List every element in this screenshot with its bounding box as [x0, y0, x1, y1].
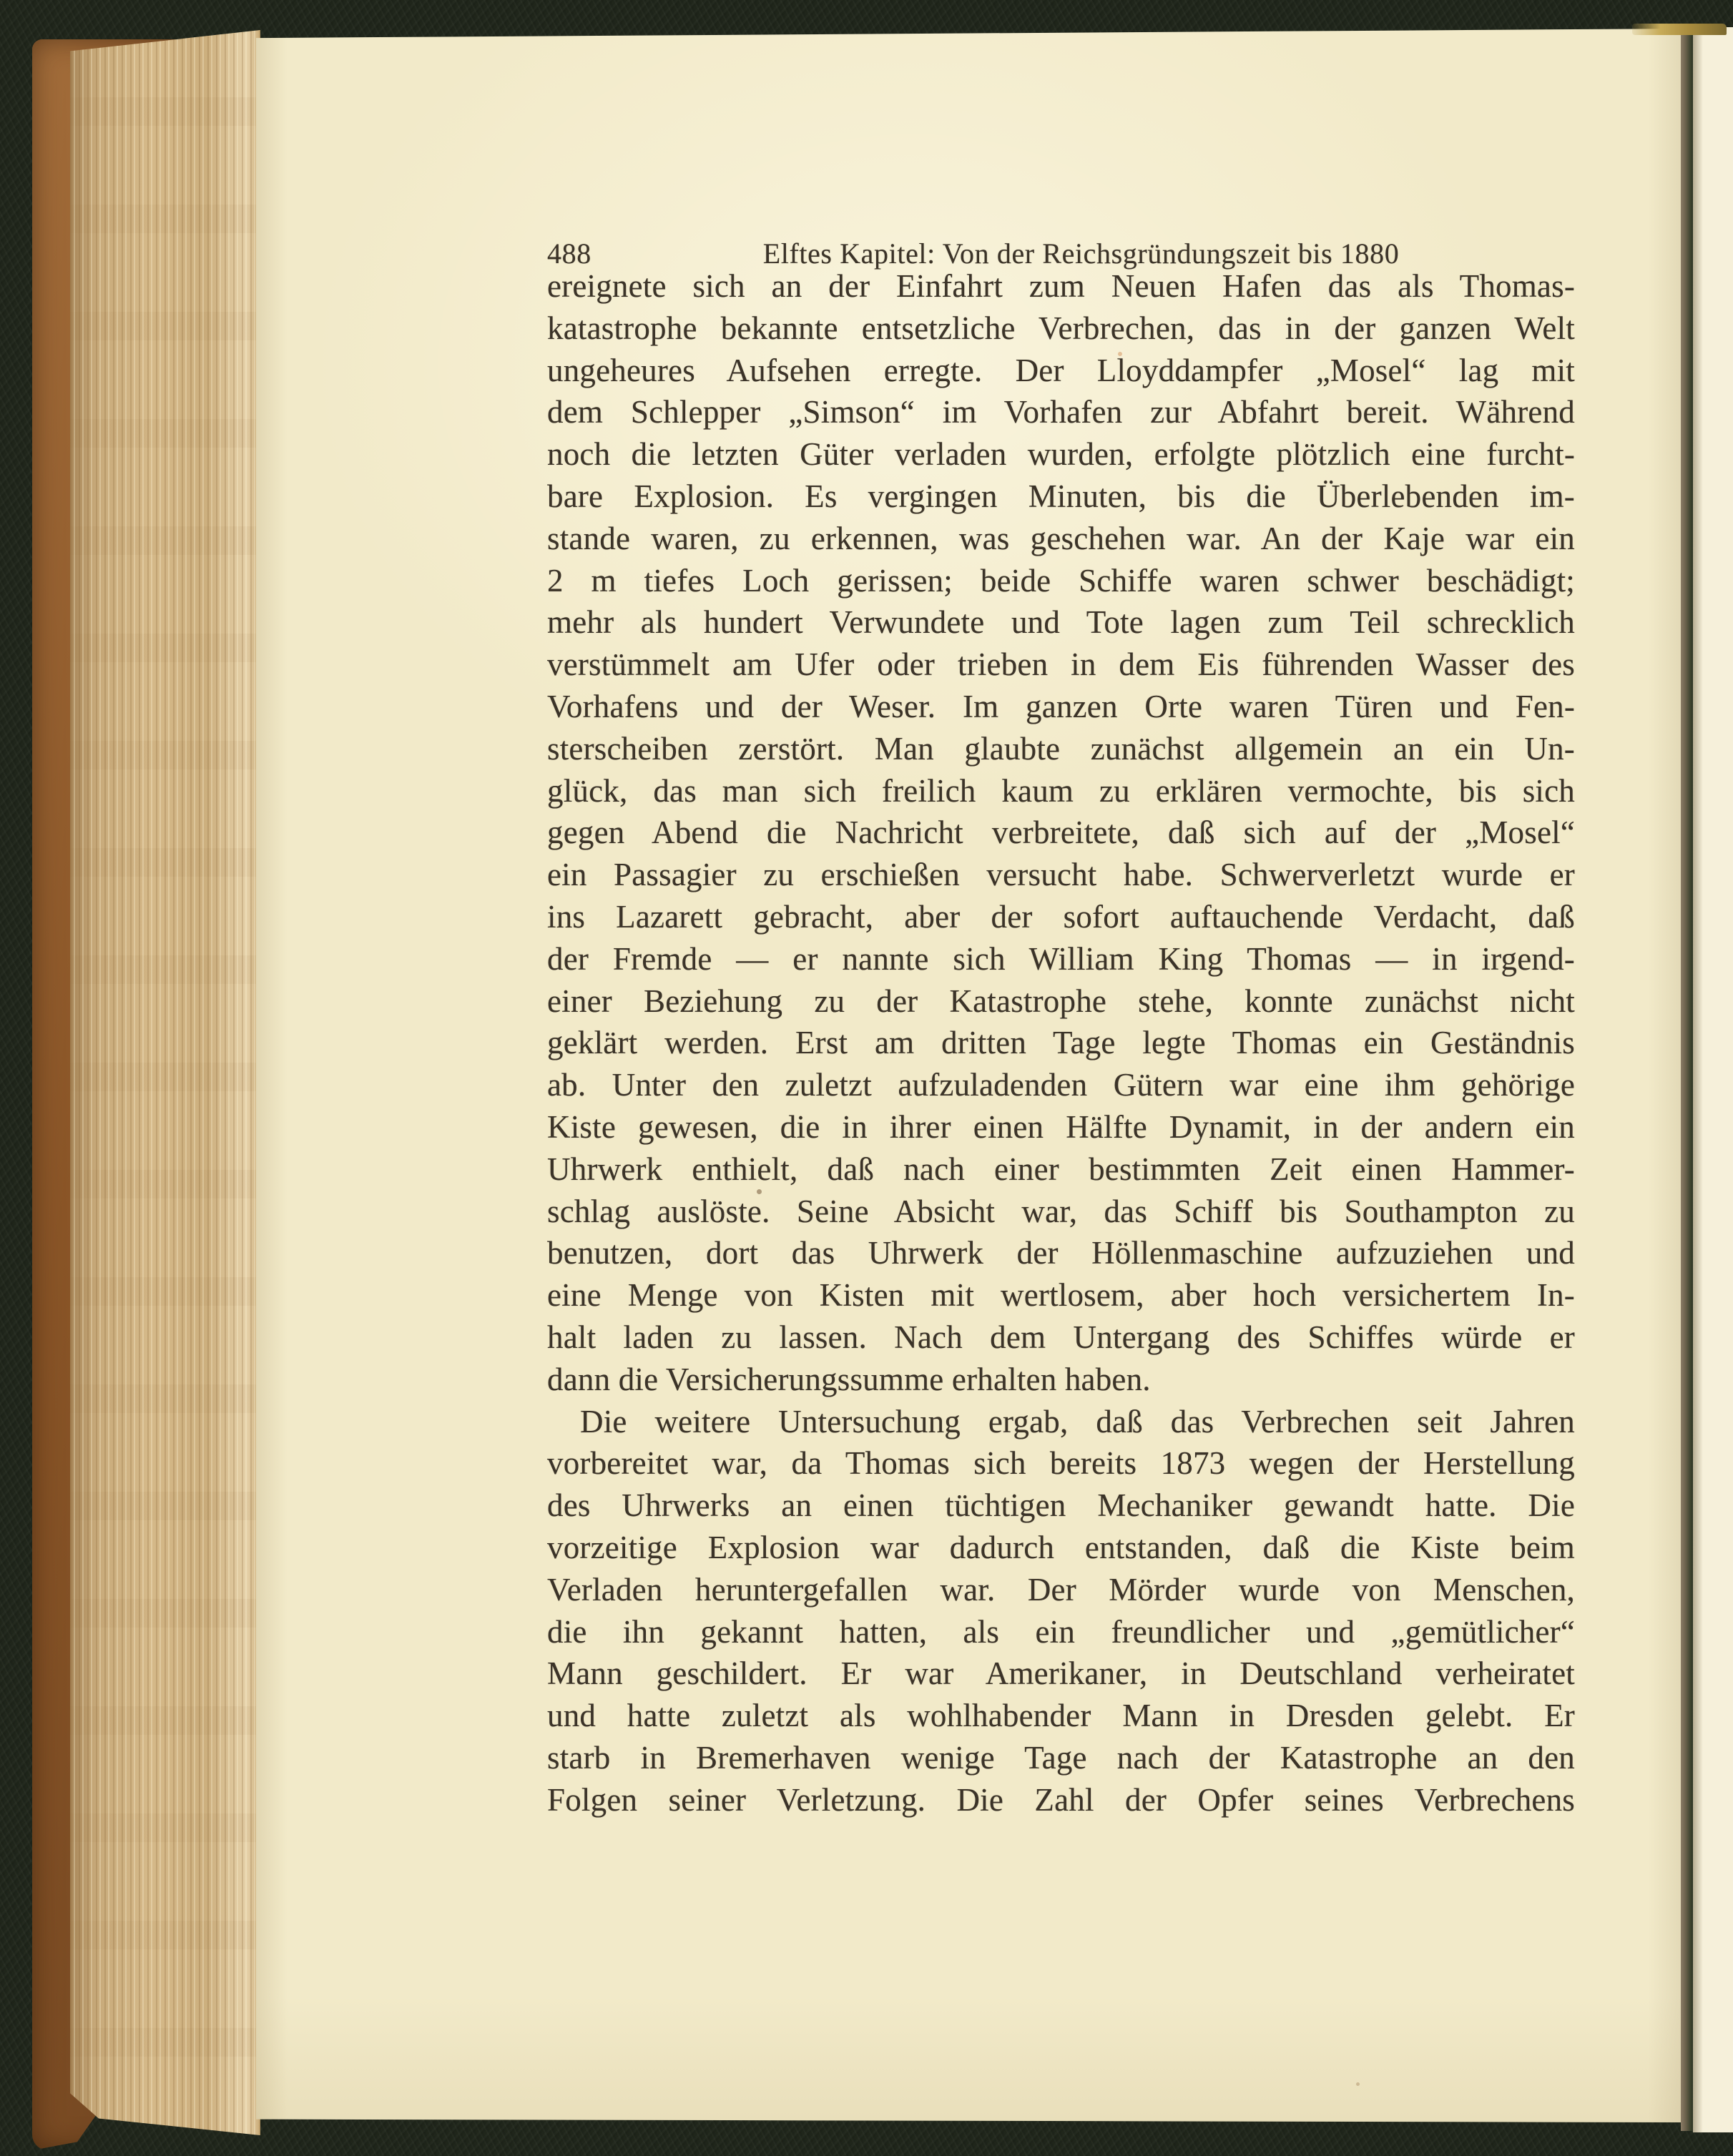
text-line: der Fremde — er nannte sich William King… [547, 938, 1575, 980]
text-line: halt laden zu lassen. Nach dem Untergang… [547, 1316, 1575, 1359]
paper-speck [1356, 2082, 1360, 2086]
text-line: mehr als hundert Verwundete und Tote lag… [547, 601, 1575, 644]
text-line-paragraph-start: Die weitere Untersuchung ergab, daß das … [547, 1401, 1575, 1443]
text-line: Vorhafens und der Weser. Im ganzen Orte … [547, 686, 1575, 728]
text-line: sterscheiben zerstört. Man glaubte zunäc… [547, 728, 1575, 770]
text-line: starb in Bremerhaven wenige Tage nach de… [547, 1737, 1575, 1779]
text-line: ungeheures Aufsehen erregte. Der Lloydda… [547, 350, 1575, 392]
text-line: katastrophe bekannte entsetzliche Verbre… [547, 307, 1575, 350]
text-line: Folgen seiner Verletzung. Die Zahl der O… [547, 1779, 1575, 1821]
paper-speck [757, 1189, 762, 1194]
text-line: ereignete sich an der Einfahrt zum Neuen… [547, 265, 1575, 307]
binding-gutter-shadow [1681, 26, 1693, 2131]
text-line: gegen Abend die Nachricht verbreitete, d… [547, 812, 1575, 854]
text-line: glück, das man sich freilich kaum zu erk… [547, 770, 1575, 812]
text-line: geklärt werden. Erst am dritten Tage leg… [547, 1022, 1575, 1064]
text-line: vorbereitet war, da Thomas sich bereits … [547, 1442, 1575, 1485]
text-line: bare Explosion. Es vergingen Minuten, bi… [547, 476, 1575, 518]
text-line: Uhrwerk enthielt, daß nach einer bestimm… [547, 1148, 1575, 1191]
text-line: dann die Versicherungssumme erhalten hab… [547, 1359, 1575, 1401]
text-line: eine Menge von Kisten mit wertlosem, abe… [547, 1274, 1575, 1316]
paper-speck [1118, 352, 1122, 356]
text-line: und hatte zuletzt als wohlhabender Mann … [547, 1695, 1575, 1737]
page-stack-fore-edge [70, 30, 260, 2135]
text-line: dem Schlepper „Simson“ im Vorhafen zur A… [547, 391, 1575, 433]
text-line: Kiste gewesen, die in ihrer einen Hälfte… [547, 1106, 1575, 1148]
text-line: des Uhrwerks an einen tüchtigen Mechanik… [547, 1485, 1575, 1527]
text-line: Mann geschildert. Er war Amerikaner, in … [547, 1653, 1575, 1695]
book-page: 488 Elftes Kapitel: Von der Reichsgründu… [256, 29, 1684, 2122]
gilt-edge-glint [1632, 24, 1727, 35]
text-line: verstümmelt am Ufer oder trieben in dem … [547, 644, 1575, 686]
text-line: die ihn gekannt hatten, als ein freundli… [547, 1611, 1575, 1653]
text-line: ins Lazarett gebracht, aber der sofort a… [547, 896, 1575, 938]
text-line: noch die letzten Güter verladen wurden, … [547, 433, 1575, 476]
text-line: stande waren, zu erkennen, was geschehen… [547, 518, 1575, 560]
text-line: schlag auslöste. Seine Absicht war, das … [547, 1191, 1575, 1233]
next-page-edge [1693, 27, 1733, 2132]
text-line: Verladen heruntergefallen war. Der Mörde… [547, 1569, 1575, 1611]
body-text: ereignete sich an der Einfahrt zum Neuen… [547, 265, 1575, 1821]
text-line: ab. Unter den zuletzt aufzuladenden Güte… [547, 1064, 1575, 1106]
text-line: benutzen, dort das Uhrwerk der Höllenmas… [547, 1232, 1575, 1274]
text-line: einer Beziehung zu der Katastrophe stehe… [547, 980, 1575, 1023]
text-line: vorzeitige Explosion war dadurch entstan… [547, 1527, 1575, 1569]
text-line: ein Passagier zu erschießen versucht hab… [547, 854, 1575, 896]
text-line: 2 m tiefes Loch gerissen; beide Schiffe … [547, 560, 1575, 602]
book-photo-backdrop: 488 Elftes Kapitel: Von der Reichsgründu… [0, 0, 1733, 2156]
